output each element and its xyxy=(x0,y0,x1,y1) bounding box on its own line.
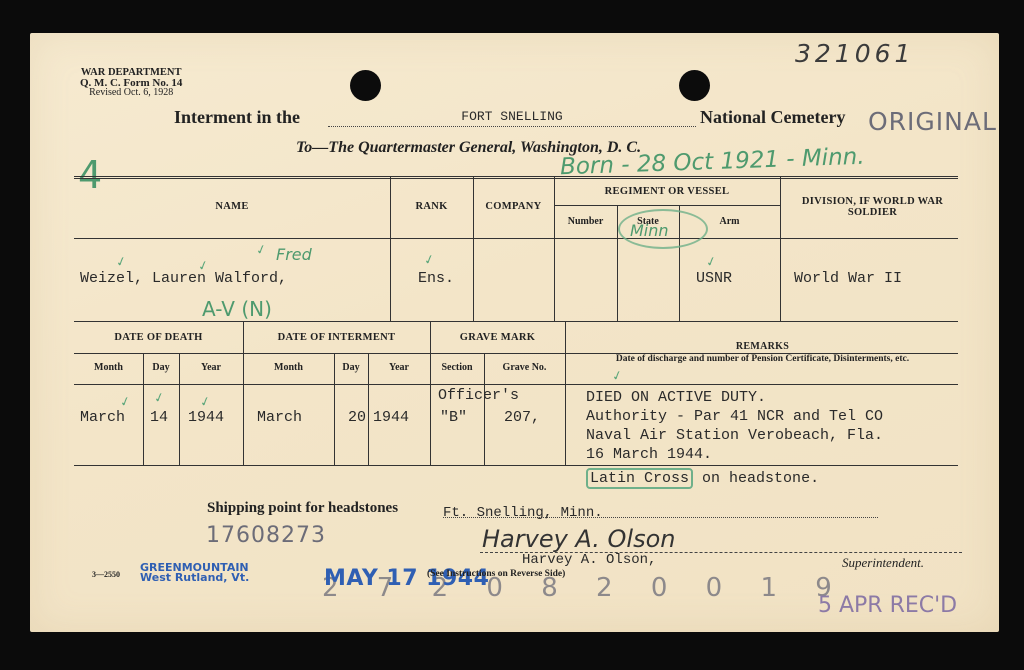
header-death-year: Year xyxy=(179,362,243,373)
punch-hole-right xyxy=(679,70,710,101)
rank-value: Ens. xyxy=(418,270,454,287)
col-divider xyxy=(554,176,555,321)
cemetery-name-field: FORT SNELLING xyxy=(328,111,696,127)
col-divider xyxy=(390,176,391,321)
superintendent-signature: Harvey A. Olson xyxy=(482,525,676,553)
instructions-note: (See Instructions on Reverse Side) xyxy=(427,569,565,579)
arm-value: USNR xyxy=(696,270,732,287)
shipping-field: Ft. Snelling, Minn. xyxy=(443,501,878,518)
interment-month-value: March xyxy=(257,409,302,426)
interment-day-value: 20 xyxy=(348,409,366,426)
interment-record-card: WAR DEPARTMENT Q. M. C. Form No. 14 Revi… xyxy=(30,33,999,632)
header-remarks-sub: Date of discharge and number of Pension … xyxy=(565,354,960,364)
col-divider xyxy=(780,176,781,321)
signer-title: Superintendent. xyxy=(842,555,924,571)
division-value: World War II xyxy=(794,270,902,287)
table2-bottom-rule xyxy=(74,465,958,466)
check-mark-icon: ✓ xyxy=(422,252,436,269)
header-grave-mark: GRAVE MARK xyxy=(430,332,565,343)
header-death-day: Day xyxy=(143,362,179,373)
header-date-of-interment: DATE OF INTERMENT xyxy=(243,332,430,343)
regiment-subheader-rule xyxy=(554,205,780,206)
punch-hole-left xyxy=(350,70,381,101)
state-annotation: Minn xyxy=(630,221,669,240)
remarks-line: 16 March 1944. xyxy=(586,445,883,464)
check-mark-icon: ✓ xyxy=(152,390,166,407)
death-month-value: March xyxy=(80,409,125,426)
name-correction: Fred xyxy=(276,245,312,264)
serial-stamp: 17608273 xyxy=(206,523,326,548)
header-company: COMPANY xyxy=(473,201,554,212)
remarks-headstone: Latin Cross on headstone. xyxy=(586,470,819,487)
header-grave-no: Grave No. xyxy=(484,362,565,373)
title-suffix: National Cemetery xyxy=(700,107,845,128)
death-year-value: 1944 xyxy=(188,409,224,426)
file-number-handwritten: 321061 xyxy=(795,39,914,68)
death-day-value: 14 xyxy=(150,409,168,426)
header-section: Section xyxy=(430,362,484,373)
form-code: 3—2550 xyxy=(92,570,120,579)
cemetery-name: FORT SNELLING xyxy=(328,109,696,124)
table1-top-rule xyxy=(74,176,958,179)
section-value: "B" xyxy=(440,409,467,426)
form-revised: Revised Oct. 6, 1928 xyxy=(80,88,182,98)
signer-typed-name: Harvey A. Olson, xyxy=(522,552,656,568)
table1-header-rule xyxy=(74,238,958,239)
header-date-of-death: DATE OF DEATH xyxy=(74,332,243,343)
check-mark-icon: ✓ xyxy=(114,254,128,271)
header-division: DIVISION, IF WORLD WAR SOLDIER xyxy=(785,196,960,218)
title-prefix: Interment in the xyxy=(174,107,300,128)
header-death-month: Month xyxy=(74,362,143,373)
headstone-emblem-circled: Latin Cross xyxy=(586,468,693,489)
header-interment-year: Year xyxy=(368,362,430,373)
check-mark-icon: ✓ xyxy=(254,242,268,259)
headstone-emblem-rest: on headstone. xyxy=(702,470,819,487)
remarks-text: DIED ON ACTIVE DUTY. Authority - Par 41 … xyxy=(586,388,883,464)
header-remarks: REMARKS xyxy=(565,341,960,352)
remarks-line: DIED ON ACTIVE DUTY. xyxy=(586,388,883,407)
form-header: WAR DEPARTMENT Q. M. C. Form No. 14 Revi… xyxy=(80,68,182,98)
name-annotation: A-V (N) xyxy=(202,297,272,321)
check-mark-icon: ✓ xyxy=(610,368,624,385)
header-regiment-or-vessel: REGIMENT OR VESSEL xyxy=(554,186,780,197)
shipping-value: Ft. Snelling, Minn. xyxy=(443,505,603,521)
header-interment-month: Month xyxy=(243,362,334,373)
remarks-line: Authority - Par 41 NCR and Tel CO xyxy=(586,407,883,426)
grave-mark-type-value: Officer's xyxy=(438,387,519,404)
interment-year-value: 1944 xyxy=(373,409,409,426)
printer-stamp: GREENMOUNTAIN West Rutland, Vt. xyxy=(140,563,249,583)
remarks-line: Naval Air Station Verobeach, Fla. xyxy=(586,426,883,445)
table2-subheader-rule xyxy=(74,384,958,385)
name-value: Weizel, Lauren Walford, xyxy=(80,270,287,287)
table1-bottom-rule xyxy=(74,321,958,322)
shipping-label: Shipping point for headstones xyxy=(207,500,398,517)
received-stamp: 5 APR REC'D xyxy=(818,593,957,618)
header-name: NAME xyxy=(74,201,390,212)
original-stamp: ORIGINAL xyxy=(868,107,997,136)
grave-no-value: 207, xyxy=(504,409,540,426)
col-divider xyxy=(473,176,474,321)
header-rank: RANK xyxy=(390,201,473,212)
margin-annotation: 4 xyxy=(78,153,102,197)
header-interment-day: Day xyxy=(334,362,368,373)
header-number: Number xyxy=(554,216,617,227)
printer-stamp-line2: West Rutland, Vt. xyxy=(140,573,249,583)
check-mark-icon: ✓ xyxy=(704,254,718,271)
